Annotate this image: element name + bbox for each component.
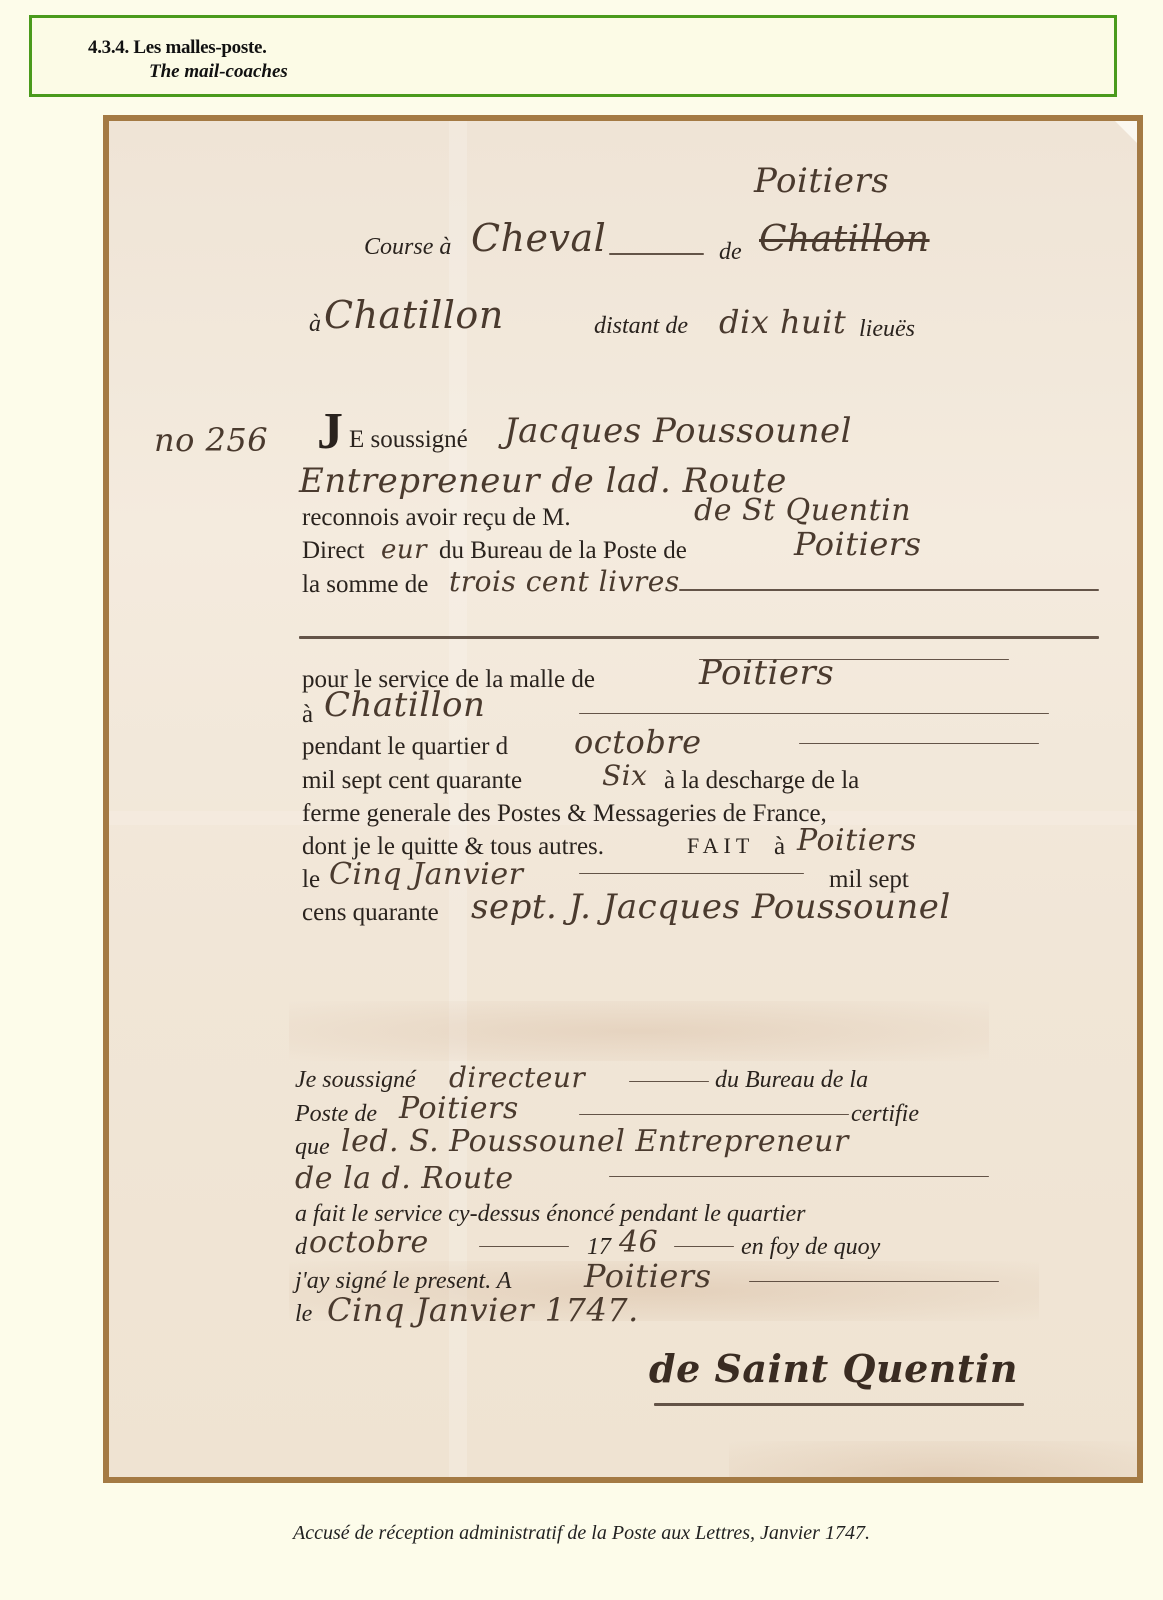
section-header: 4.3.4. Les malles-poste. The mail-coache… — [29, 15, 1117, 97]
printed-line: du Bureau de la — [715, 1067, 868, 1094]
handwritten-route: de la d. Route — [295, 1161, 514, 1196]
handwritten-month: octobre — [574, 723, 702, 761]
printed-line: ferme generale des Postes & Messageries … — [302, 800, 827, 828]
printed-line: cens quarante — [302, 899, 439, 927]
handwritten-contractor: led. S. Poussounel Entrepreneur — [341, 1124, 849, 1159]
printed-line: que — [295, 1134, 330, 1161]
printed-de-label: de — [719, 239, 742, 266]
ink-flourish — [629, 1081, 709, 1082]
handwritten-chatillon-struck: Chatillon — [759, 219, 930, 260]
handwritten-year-suffix: 46 — [619, 1225, 658, 1260]
handwritten-suffix: eur — [381, 535, 427, 565]
printed-line: E soussigné — [349, 426, 468, 454]
paper-stain — [289, 1001, 989, 1061]
ink-flourish — [609, 1176, 989, 1177]
paper-stain — [729, 1441, 1137, 1477]
printed-line: reconnois avoir reçu de M. — [302, 504, 571, 532]
handwritten-signature-line: sept. J. Jacques Poussounel — [471, 887, 951, 927]
handwritten-director-name: de St Quentin — [694, 493, 911, 528]
handwritten-year-word: Six — [602, 759, 647, 792]
printed-line: à la descharge de la — [664, 767, 859, 795]
director-signature: de Saint Quentin — [649, 1346, 1018, 1391]
printed-lieues-label: lieuës — [859, 316, 915, 343]
handwritten-amount: trois cent livres — [449, 565, 680, 598]
handwritten-city: Chatillon — [324, 685, 485, 725]
printed-line: Je soussigné — [295, 1067, 416, 1094]
printed-line: Direct — [302, 537, 364, 565]
ink-flourish — [609, 253, 704, 255]
ink-flourish — [579, 713, 1049, 714]
printed-line: du Bureau de la Poste de — [439, 537, 687, 565]
handwritten-title: directeur — [449, 1061, 585, 1094]
printed-line: le — [295, 1301, 312, 1328]
printed-line: le — [302, 866, 320, 894]
ink-flourish — [479, 1246, 569, 1247]
ink-flourish-divider — [299, 636, 1099, 639]
section-title: 4.3.4. Les malles-poste. — [88, 37, 267, 59]
handwritten-chatillon: Chatillon — [324, 293, 504, 337]
handwritten-distance: dix huit — [719, 303, 846, 341]
printed-line: certifie — [851, 1101, 919, 1128]
printed-line: en foy de quoy — [741, 1234, 880, 1261]
signature-underline — [654, 1403, 1024, 1406]
document-paper: Course à Cheval de Poitiers Chatillon à … — [109, 121, 1137, 1477]
printed-line: à — [302, 701, 313, 729]
printed-line: à — [774, 833, 785, 861]
printed-course-label: Course à — [364, 234, 451, 261]
ink-flourish — [749, 1281, 999, 1282]
section-subtitle: The mail-coaches — [149, 61, 288, 83]
ink-flourish — [579, 1114, 849, 1115]
printed-line: a fait le service cy-dessus énoncé penda… — [295, 1201, 806, 1228]
ink-flourish — [679, 589, 1099, 591]
printed-line: la somme de — [302, 571, 428, 599]
document-frame: Course à Cheval de Poitiers Chatillon à … — [103, 115, 1143, 1483]
handwritten-city: Poitiers — [584, 1257, 711, 1295]
printed-a-label: à — [309, 311, 321, 338]
printed-line: pendant le quartier d — [302, 733, 508, 761]
corner-curl-icon — [1115, 121, 1137, 143]
handwritten-city: Poitiers — [794, 525, 921, 563]
printed-fait: FAIT — [687, 833, 754, 859]
image-caption: Accusé de réception administratif de la … — [0, 1522, 1163, 1545]
handwritten-date: Cinq Janvier 1747. — [327, 1291, 639, 1329]
handwritten-poitiers-correction: Poitiers — [754, 161, 889, 201]
handwritten-cheval: Cheval — [471, 216, 606, 260]
ink-flourish — [674, 1246, 734, 1247]
printed-line: d — [295, 1234, 307, 1261]
margin-receipt-number: no 256 — [154, 421, 268, 459]
handwritten-name: Jacques Poussounel — [504, 411, 852, 451]
ink-flourish — [699, 659, 1009, 660]
dropcap-letter: J — [317, 406, 343, 458]
handwritten-month: octobre — [309, 1225, 429, 1260]
ink-flourish — [799, 743, 1039, 744]
printed-line: mil sept cent quarante — [302, 767, 522, 795]
ink-flourish — [579, 873, 804, 874]
handwritten-city: Poitiers — [797, 823, 917, 858]
printed-distant-label: distant de — [594, 313, 688, 340]
handwritten-city: Poitiers — [399, 1091, 519, 1126]
